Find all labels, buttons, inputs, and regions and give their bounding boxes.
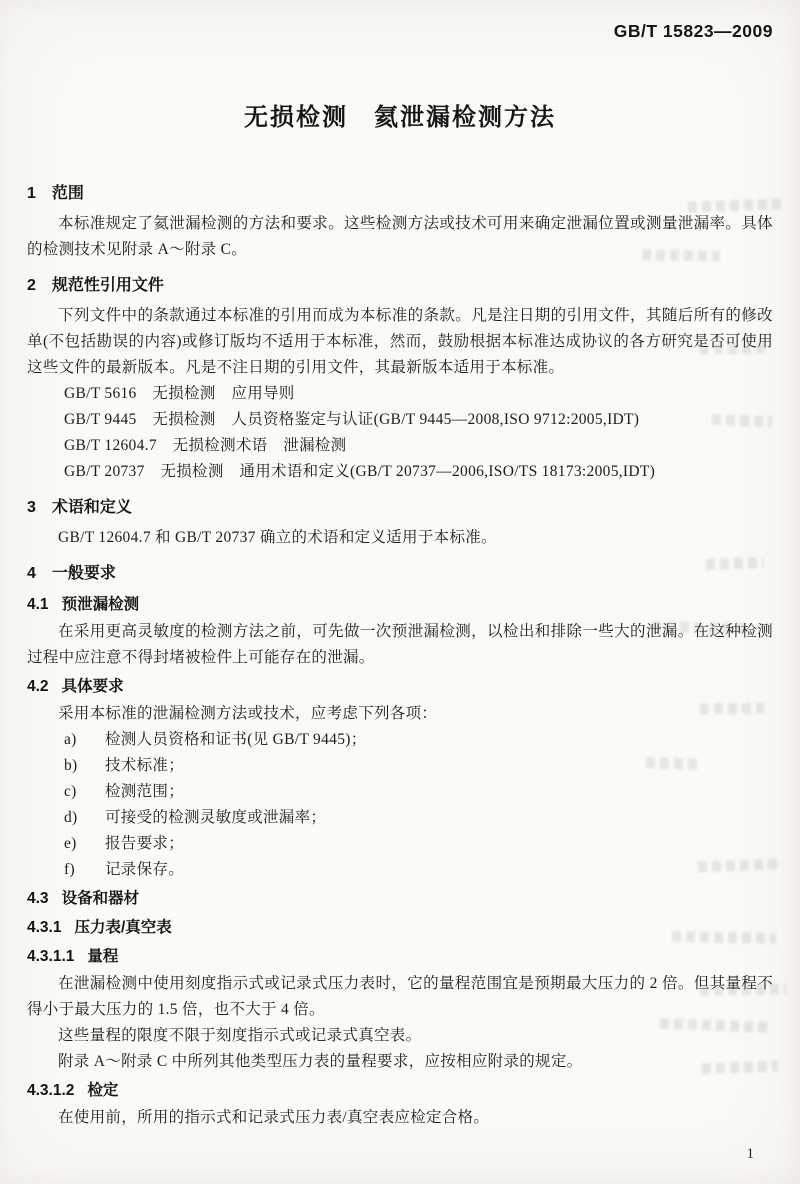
section-title: 规范性引用文件: [52, 277, 164, 294]
section-heading-2: 2规范性引用文件: [27, 272, 773, 299]
section-number: 3: [27, 499, 36, 516]
reference-item: GB/T 9445 无损检测 人员资格鉴定与认证(GB/T 9445—2008,…: [64, 407, 773, 433]
paragraph: 下列文件中的条款通过本标准的引用而成为本标准的条款。凡是注日期的引用文件，其随后…: [27, 303, 773, 381]
subsection-heading-4-1: 4.1预泄漏检测: [27, 591, 773, 618]
list-item: f)记录保存。: [64, 857, 773, 883]
requirement-list: a)检测人员资格和证书(见 GB/T 9445)； b)技术标准； c)检测范围…: [27, 727, 773, 883]
reference-item: GB/T 12604.7 无损检测术语 泄漏检测: [64, 433, 773, 459]
list-text: 技术标准；: [105, 753, 184, 779]
reference-item: GB/T 20737 无损检测 通用术语和定义(GB/T 20737—2006,…: [64, 459, 773, 485]
section-number: 4.1: [27, 596, 49, 613]
page-number: 1: [747, 1146, 755, 1163]
section-heading-4: 4一般要求: [27, 560, 773, 587]
subsection-heading-4-2: 4.2具体要求: [27, 673, 773, 700]
paragraph: GB/T 12604.7 和 GB/T 20737 确立的术语和定义适用于本标准…: [27, 525, 773, 551]
paragraph: 这些量程的限度不限于刻度指示式或记录式真空表。: [27, 1023, 773, 1049]
list-text: 可接受的检测灵敏度或泄漏率；: [105, 805, 326, 831]
section-number: 1: [27, 185, 36, 202]
list-item: d)可接受的检测灵敏度或泄漏率；: [64, 805, 773, 831]
reference-item: GB/T 5616 无损检测 应用导则: [64, 381, 773, 407]
section-title: 具体要求: [62, 678, 124, 695]
section-title: 量程: [87, 948, 118, 965]
list-item: e)报告要求；: [64, 831, 773, 857]
section-title: 检定: [87, 1082, 118, 1099]
section-number: 2: [27, 277, 36, 294]
subsection-heading-4-3-1: 4.3.1压力表/真空表: [27, 914, 773, 941]
subsection-heading-4-3-1-1: 4.3.1.1量程: [27, 943, 773, 970]
subsection-heading-4-3: 4.3设备和器材: [27, 885, 773, 912]
document-page: GB/T 15823—2009 无损检测 氦泄漏检测方法 1范围 本标准规定了氦…: [0, 0, 800, 1184]
normative-references: GB/T 5616 无损检测 应用导则 GB/T 9445 无损检测 人员资格鉴…: [27, 381, 773, 485]
list-text: 检测范围；: [105, 779, 184, 805]
paragraph: 采用本标准的泄漏检测方法或技术，应考虑下列各项：: [27, 701, 773, 727]
list-marker: b): [64, 753, 105, 779]
list-text: 检测人员资格和证书(见 GB/T 9445)；: [105, 727, 367, 753]
paragraph: 附录 A～附录 C 中所列其他类型压力表的量程要求，应按相应附录的规定。: [27, 1049, 773, 1075]
section-title: 预泄漏检测: [62, 596, 140, 613]
list-marker: d): [64, 805, 105, 831]
paragraph: 在泄漏检测中使用刻度指示式或记录式压力表时，它的量程范围宜是预期最大压力的 2 …: [27, 971, 773, 1023]
list-marker: f): [64, 857, 105, 883]
list-marker: c): [64, 779, 105, 805]
list-text: 报告要求；: [105, 831, 184, 857]
section-number: 4.3.1.1: [27, 948, 74, 965]
section-title: 一般要求: [52, 565, 116, 582]
list-item: c)检测范围；: [64, 779, 773, 805]
paragraph: 在使用前，所用的指示式和记录式压力表/真空表应检定合格。: [27, 1105, 773, 1131]
section-number: 4.3.1: [27, 919, 61, 936]
section-number: 4.2: [27, 678, 49, 695]
section-heading-1: 1范围: [27, 180, 773, 207]
list-item: a)检测人员资格和证书(见 GB/T 9445)；: [64, 727, 773, 753]
list-marker: e): [64, 831, 105, 857]
section-title: 压力表/真空表: [74, 919, 171, 936]
section-number: 4.3: [27, 890, 49, 907]
paragraph: 本标准规定了氦泄漏检测的方法和要求。这些检测方法或技术可用来确定泄漏位置或测量泄…: [27, 211, 773, 263]
standard-code: GB/T 15823—2009: [27, 20, 773, 42]
section-number: 4: [27, 565, 36, 582]
document-title: 无损检测 氦泄漏检测方法: [27, 100, 773, 136]
section-heading-3: 3术语和定义: [27, 494, 773, 521]
section-title: 设备和器材: [62, 890, 140, 907]
section-number: 4.3.1.2: [27, 1082, 74, 1099]
subsection-heading-4-3-1-2: 4.3.1.2检定: [27, 1077, 773, 1104]
section-title: 术语和定义: [52, 499, 132, 516]
list-marker: a): [64, 727, 105, 753]
section-title: 范围: [52, 185, 84, 202]
list-text: 记录保存。: [105, 857, 184, 883]
paragraph: 在采用更高灵敏度的检测方法之前，可先做一次预泄漏检测，以检出和排除一些大的泄漏。…: [27, 619, 773, 671]
list-item: b)技术标准；: [64, 753, 773, 779]
document-body: 1范围 本标准规定了氦泄漏检测的方法和要求。这些检测方法或技术可用来确定泄漏位置…: [27, 180, 773, 1131]
